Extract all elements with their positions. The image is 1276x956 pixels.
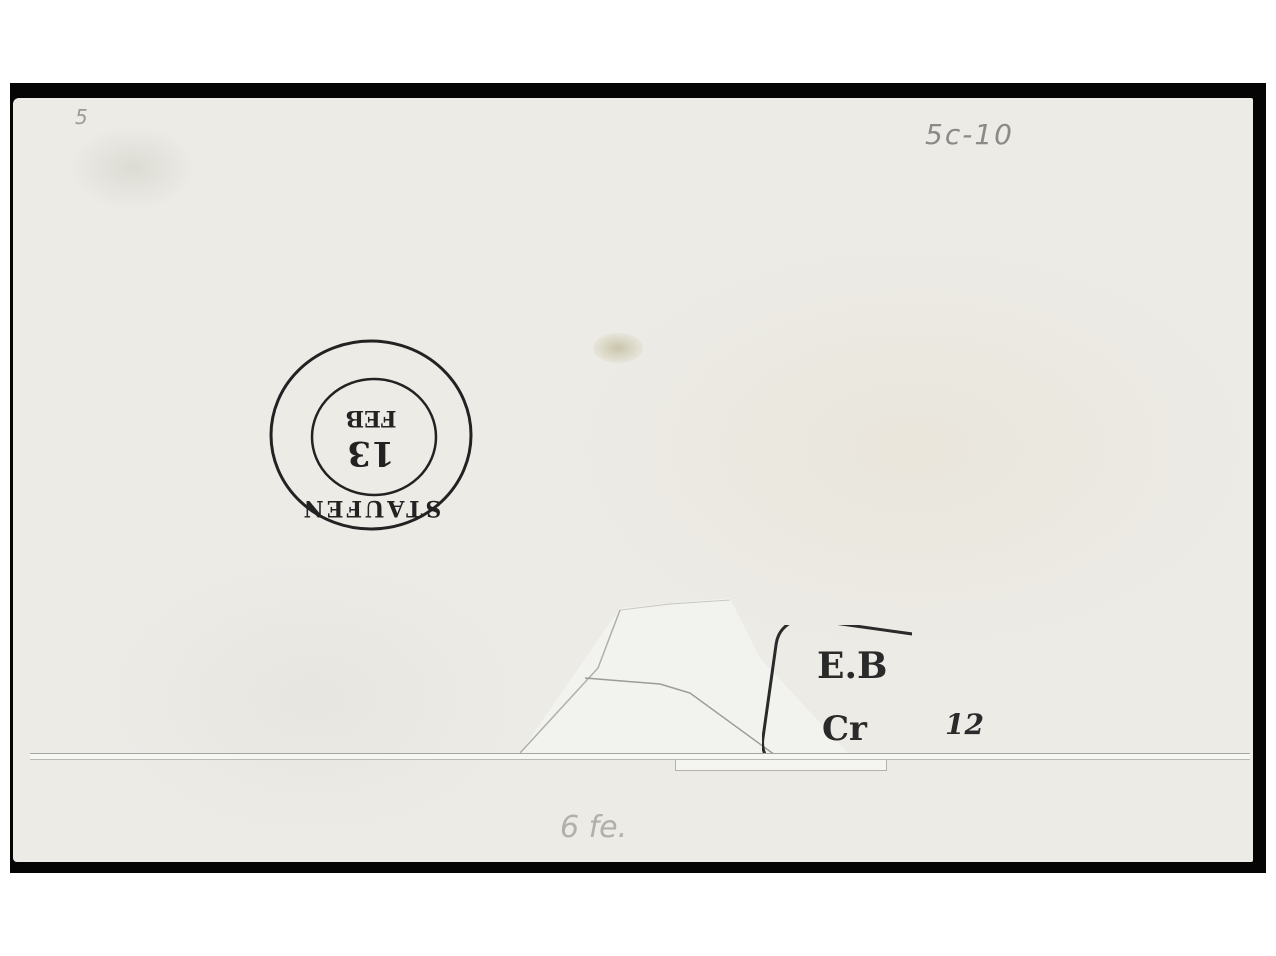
postmark-town: STAUFEN: [268, 495, 474, 521]
ink-stain: [593, 333, 643, 363]
pencil-mark-corner: 5: [75, 105, 88, 129]
fold-tab: [675, 760, 887, 771]
postmark-month: FEB: [268, 405, 474, 431]
bottom-fold: [30, 753, 1250, 760]
handstamp-subline: Cr: [822, 709, 867, 749]
handstamp-code: E.B: [817, 645, 887, 687]
postmark-day: 13: [268, 433, 474, 473]
handstamp-number: 12: [945, 708, 984, 741]
staufen-postmark: STAUFEN 13 FEB: [268, 337, 474, 533]
pencil-mark-bottom: 6 fe.: [560, 810, 627, 845]
pencil-catalog-note: 5c-10: [925, 118, 1014, 151]
transit-handstamp: E.B Cr: [762, 625, 912, 753]
